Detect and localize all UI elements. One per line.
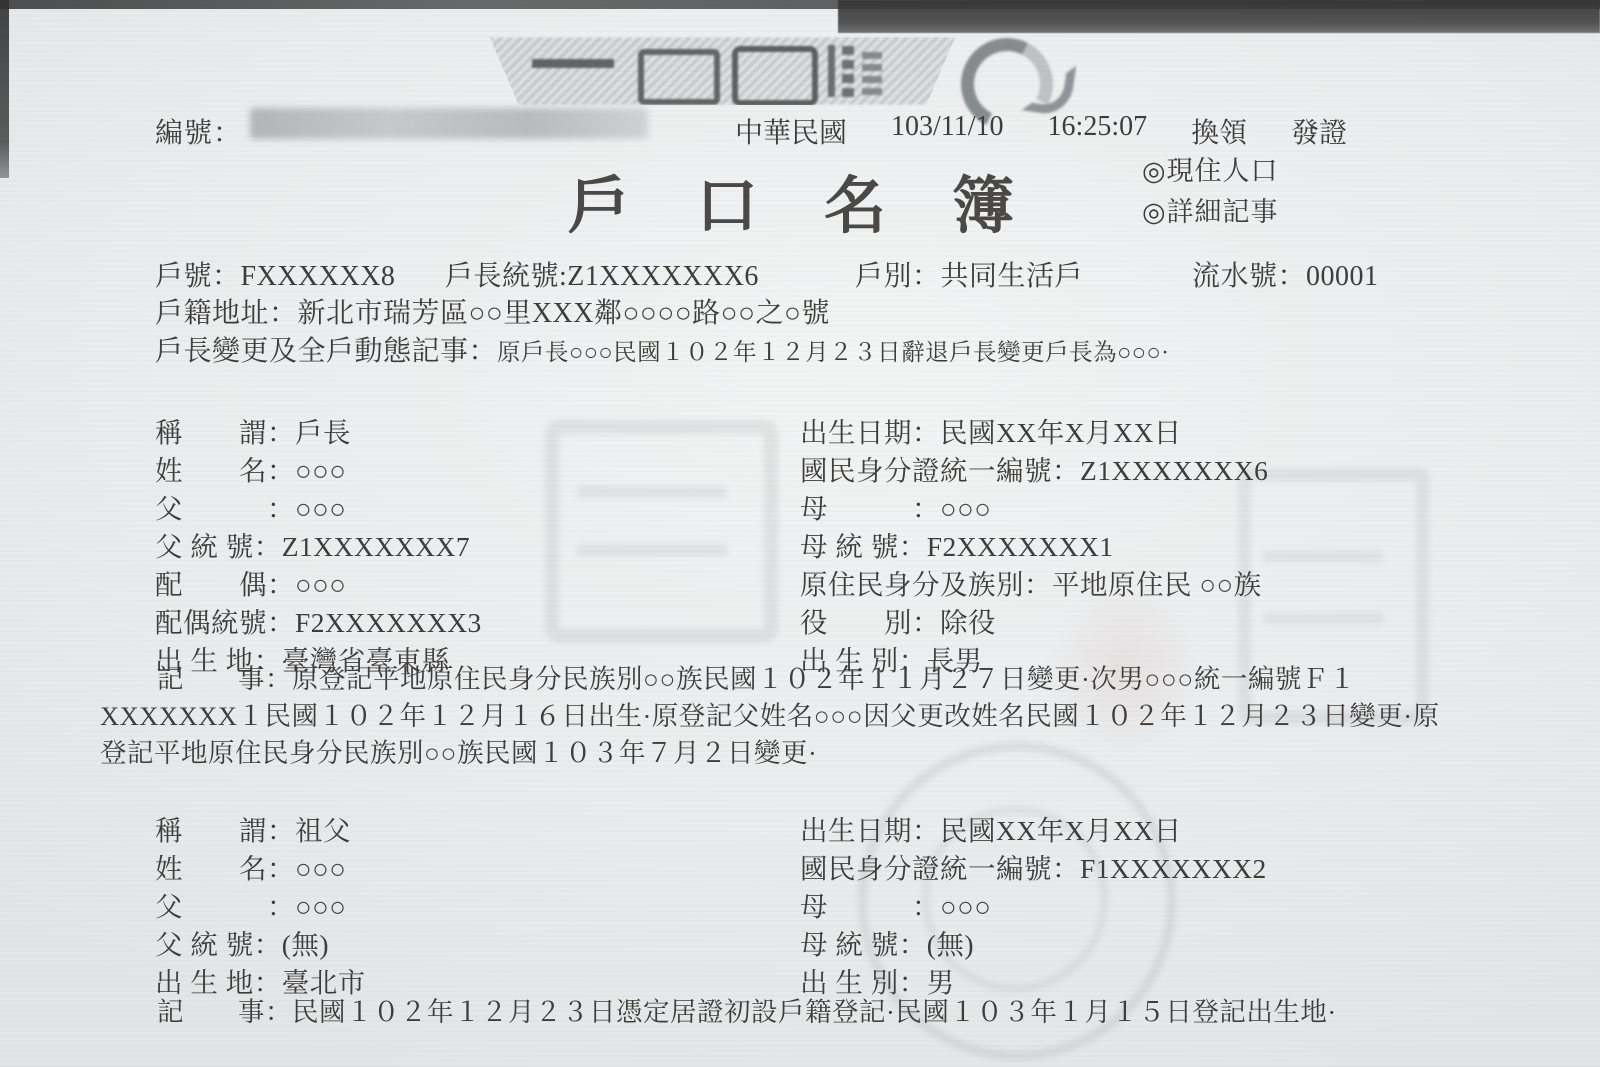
household-register-scan: 編號： 中華民國 103/11/10 16:25:07 換領 發證 ◎現住人口 … <box>0 0 1600 1067</box>
household-type-label: 戶別： <box>855 261 941 292</box>
member-head-notes: 記 事：原登記平地原住民身分民族別○○族民國１０２年１１月２７日變更·次男○○○… <box>100 661 1448 772</box>
head-change-record: 戶長變更及全戶動態記事：原戶長○○○民國１０２年１２月２３日辭退戶長變更戶長為○… <box>155 329 1170 369</box>
household-number-label: 戶號： <box>155 261 241 292</box>
field-name: 姓 名：○○○ <box>155 850 800 888</box>
field-spouse: 配 偶：○○○ <box>155 566 800 604</box>
registered-address: 戶籍地址：新北市瑞芳區○○里XXX鄰○○○○路○○之○號 <box>155 291 830 331</box>
stamp-stroke <box>828 45 835 97</box>
address-label: 戶籍地址： <box>155 298 298 329</box>
field-spouse-id: 配偶統號：F2XXXXXXX3 <box>155 604 800 642</box>
household-number: 戶號：FXXXXXX8 <box>155 254 395 294</box>
field-father: 父 ：○○○ <box>155 888 800 926</box>
member-grandfather-notes: 記 事：民國１０２年１２月２３日憑定居證初設戶籍登記·民國１０３年１月１５日登記… <box>100 994 1448 1031</box>
issue-word: 發證 <box>1291 111 1347 151</box>
field-name: 姓 名：○○○ <box>155 452 800 490</box>
field-military-status: 役 別：除役 <box>800 604 1445 642</box>
field-father-id: 父 統 號：(無) <box>155 926 800 964</box>
field-indigenous-status: 原住民身分及族別：平地原住民 ○○族 <box>800 566 1445 604</box>
field-national-id: 國民身分證統一編號：F1XXXXXXX2 <box>800 850 1445 888</box>
head-id: 戶長統號:Z1XXXXXXX6 <box>445 254 759 294</box>
running-number-label: 流水號： <box>1192 261 1306 292</box>
field-mother-id: 母 統 號：F2XXXXXXX1 <box>800 528 1445 566</box>
era-label: 中華民國 <box>735 111 847 151</box>
field-father-id: 父 統 號：Z1XXXXXXX7 <box>155 528 800 566</box>
page-title: 戶口名簿 <box>568 156 1080 245</box>
stamp-stroke <box>638 49 720 105</box>
issue-type: 換領 <box>1191 111 1247 151</box>
notes-label: 記 事： <box>157 997 292 1027</box>
member-block-head: 稱 謂：戶長 出生日期：民國XX年X月XX日 姓 名：○○○ 國民身分證統一編號… <box>155 414 1445 680</box>
badge-detailed-records: ◎詳細記事 <box>1142 190 1279 229</box>
scan-edge-top-right <box>838 0 1600 33</box>
office-stamp-icon <box>480 37 965 105</box>
running-number: 流水號：00001 <box>1192 254 1379 294</box>
serial-number-label: 編號： <box>155 111 242 151</box>
stamp-stroke <box>842 45 854 97</box>
field-mother: 母 ：○○○ <box>800 490 1445 528</box>
field-relationship: 稱 謂：祖父 <box>155 812 800 850</box>
seal-wing <box>1022 59 1077 117</box>
seal-emblem-icon <box>955 36 1059 106</box>
badge-current-population: ◎現住人口 <box>1142 149 1279 188</box>
household-type: 戶別：共同生活戶 <box>855 254 1083 294</box>
field-mother: 母 ：○○○ <box>800 888 1445 926</box>
scan-edge-left <box>0 0 9 178</box>
stamp-stroke <box>532 59 614 68</box>
field-birthdate: 出生日期：民國XX年X月XX日 <box>800 812 1445 850</box>
issue-time: 16:25:07 <box>1048 111 1148 151</box>
stamp-stroke <box>862 47 882 95</box>
notes-label: 記 事： <box>157 664 292 694</box>
field-national-id: 國民身分證統一編號：Z1XXXXXXX6 <box>800 452 1445 490</box>
member-block-grandfather: 稱 謂：祖父 出生日期：民國XX年X月XX日 姓 名：○○○ 國民身分證統一編號… <box>155 812 1445 1002</box>
issue-date: 103/11/10 <box>891 111 1004 151</box>
field-father: 父 ：○○○ <box>155 490 800 528</box>
issue-info-line: 中華民國 103/11/10 16:25:07 換領 發證 <box>735 111 1347 151</box>
field-relationship: 稱 謂：戶長 <box>155 414 800 452</box>
stamp-stroke <box>732 46 818 106</box>
field-mother-id: 母 統 號：(無) <box>800 926 1445 964</box>
head-change-label: 戶長變更及全戶動態記事： <box>155 336 497 367</box>
redacted-serial-value <box>250 108 648 139</box>
head-id-label: 戶長統號: <box>445 261 567 292</box>
field-birthdate: 出生日期：民國XX年X月XX日 <box>800 414 1445 452</box>
